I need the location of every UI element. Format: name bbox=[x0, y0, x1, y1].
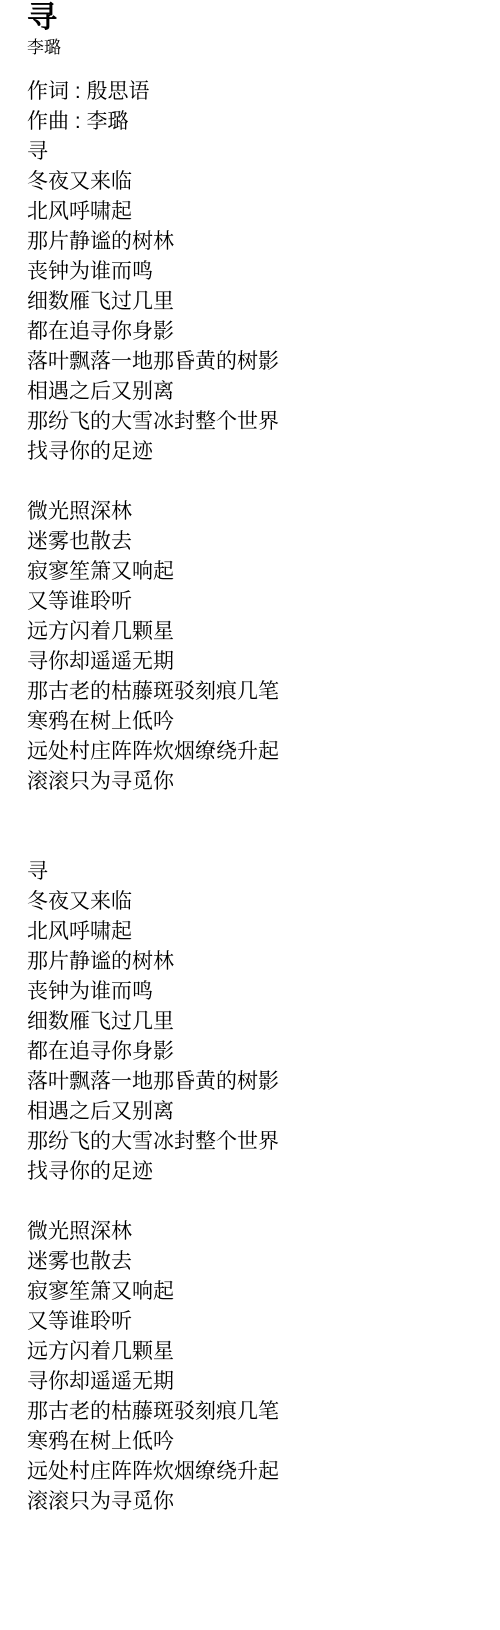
artist-name: 李璐 bbox=[27, 36, 490, 60]
lyric-line: 都在追寻你身影 bbox=[27, 317, 490, 347]
lyric-line: 那纷飞的大雪冰封整个世界 bbox=[27, 1127, 490, 1157]
lyric-line: 远处村庄阵阵炊烟缭绕升起 bbox=[27, 1457, 490, 1487]
lyric-line: 寒鸦在树上低吟 bbox=[27, 1427, 490, 1457]
lyric-line: 落叶飘落一地那昏黄的树影 bbox=[27, 1067, 490, 1097]
lyric-line: 远处村庄阵阵炊烟缭绕升起 bbox=[27, 737, 490, 767]
lyric-line: 冬夜又来临 bbox=[27, 887, 490, 917]
lyric-line: 都在追寻你身影 bbox=[27, 1037, 490, 1067]
credit-composer: 作曲 : 李璐 bbox=[27, 107, 490, 137]
lyric-line: 北风呼啸起 bbox=[27, 917, 490, 947]
lyric-line: 滚滚只为寻觅你 bbox=[27, 767, 490, 797]
lyric-line: 丧钟为谁而鸣 bbox=[27, 257, 490, 287]
lyric-line: 远方闪着几颗星 bbox=[27, 1337, 490, 1367]
lyric-line: 找寻你的足迹 bbox=[27, 1157, 490, 1187]
lyric-line bbox=[27, 827, 490, 857]
lyric-line: 落叶飘落一地那昏黄的树影 bbox=[27, 347, 490, 377]
page-title: 寻 bbox=[27, 0, 490, 36]
lyric-line: 那片静谧的树林 bbox=[27, 227, 490, 257]
lyric-line: 寂寥笙箫又响起 bbox=[27, 557, 490, 587]
lyric-line: 相遇之后又别离 bbox=[27, 377, 490, 407]
lyric-line: 那纷飞的大雪冰封整个世界 bbox=[27, 407, 490, 437]
lyric-line: 冬夜又来临 bbox=[27, 167, 490, 197]
lyric-line bbox=[27, 1187, 490, 1217]
lyric-line bbox=[27, 467, 490, 497]
lyrics-lines: 寻冬夜又来临北风呼啸起那片静谧的树林丧钟为谁而鸣细数雁飞过几里都在追寻你身影落叶… bbox=[27, 137, 490, 1517]
credit-lyricist: 作词 : 殷思语 bbox=[27, 77, 490, 107]
lyric-line: 那古老的枯藤斑驳刻痕几笔 bbox=[27, 677, 490, 707]
lyric-line: 寻 bbox=[27, 857, 490, 887]
lyrics-block: 作词 : 殷思语 作曲 : 李璐 寻冬夜又来临北风呼啸起那片静谧的树林丧钟为谁而… bbox=[27, 77, 490, 1517]
lyric-line: 微光照深林 bbox=[27, 497, 490, 527]
lyric-line: 丧钟为谁而鸣 bbox=[27, 977, 490, 1007]
lyric-line: 微光照深林 bbox=[27, 1217, 490, 1247]
lyric-line: 又等谁聆听 bbox=[27, 1307, 490, 1337]
lyric-line: 又等谁聆听 bbox=[27, 587, 490, 617]
lyric-line: 迷雾也散去 bbox=[27, 1247, 490, 1277]
lyric-line: 寻你却遥遥无期 bbox=[27, 647, 490, 677]
lyric-line bbox=[27, 797, 490, 827]
lyric-line: 细数雁飞过几里 bbox=[27, 1007, 490, 1037]
lyric-line: 远方闪着几颗星 bbox=[27, 617, 490, 647]
lyric-line: 寒鸦在树上低吟 bbox=[27, 707, 490, 737]
lyric-line: 寂寥笙箫又响起 bbox=[27, 1277, 490, 1307]
lyric-line: 滚滚只为寻觅你 bbox=[27, 1487, 490, 1517]
lyric-line: 细数雁飞过几里 bbox=[27, 287, 490, 317]
lyric-line: 找寻你的足迹 bbox=[27, 437, 490, 467]
lyric-line: 寻 bbox=[27, 137, 490, 167]
lyric-line: 相遇之后又别离 bbox=[27, 1097, 490, 1127]
lyric-line: 迷雾也散去 bbox=[27, 527, 490, 557]
lyric-line: 北风呼啸起 bbox=[27, 197, 490, 227]
lyric-line: 寻你却遥遥无期 bbox=[27, 1367, 490, 1397]
lyric-line: 那古老的枯藤斑驳刻痕几笔 bbox=[27, 1397, 490, 1427]
lyrics-page: 寻 李璐 作词 : 殷思语 作曲 : 李璐 寻冬夜又来临北风呼啸起那片静谧的树林… bbox=[0, 0, 500, 1630]
lyric-line: 那片静谧的树林 bbox=[27, 947, 490, 977]
